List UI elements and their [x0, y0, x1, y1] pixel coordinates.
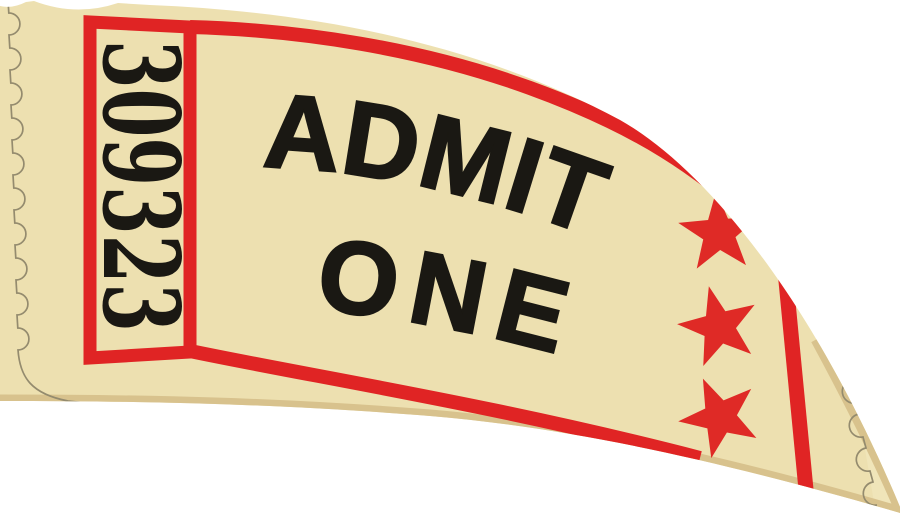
ticket-graphic: 309323 ADMIT ONE: [0, 0, 900, 518]
serial-number: 309323: [79, 40, 203, 332]
admit-one-ticket-illustration: 309323 ADMIT ONE: [0, 0, 900, 518]
